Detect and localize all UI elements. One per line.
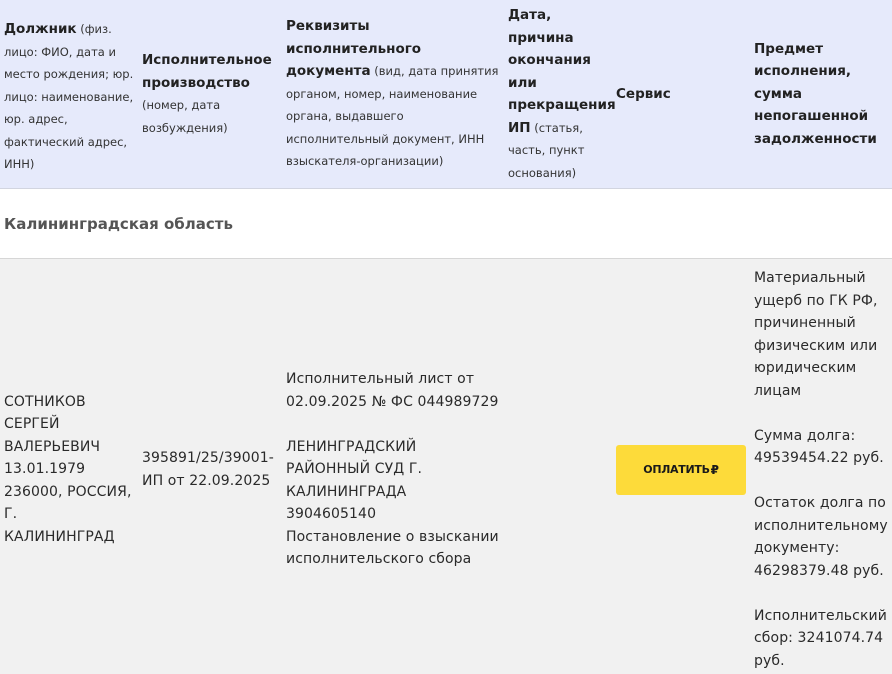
- debtor-cell: СОТНИКОВ СЕРГЕЙ ВАЛЕРЬЕВИЧ 13.01.1979 23…: [0, 259, 138, 674]
- debt-sum-label: Сумма долга:: [754, 425, 888, 448]
- proceeding-date: ИП от 22.09.2025: [142, 470, 278, 493]
- debtor-address-line1: 236000, РОССИЯ,: [4, 481, 134, 504]
- header-subject-title: Предмет исполнения, сумма непогашенной з…: [754, 41, 877, 147]
- header-debtor: Должник (физ. лицо: ФИО, дата и место ро…: [0, 0, 138, 189]
- header-end-reason-title: Дата, причина окончания или прекращения …: [508, 7, 616, 136]
- fee-currency: руб.: [754, 650, 888, 673]
- fee-value: сбор: 3241074.74: [754, 627, 888, 650]
- subject-description-line: юридическим: [754, 357, 888, 380]
- header-debtor-note: (физ. лицо: ФИО, дата и место рождения; …: [4, 22, 133, 171]
- header-proceeding-title: Исполнительное производство: [142, 52, 272, 91]
- document-issuer-line1: ЛЕНИНГРАДСКИЙ: [286, 436, 500, 459]
- header-document-note: (вид, дата принятия органом, номер, наим…: [286, 64, 498, 168]
- document-issuer-line3: КАЛИНИНГРАДА: [286, 481, 500, 504]
- document-issuer-line2: РАЙОННЫЙ СУД Г.: [286, 458, 500, 481]
- subject-description-line: Материальный: [754, 267, 888, 290]
- debtor-address-line2: Г.: [4, 503, 134, 526]
- proceeding-cell: 395891/25/39001- ИП от 22.09.2025: [138, 259, 282, 674]
- header-proceeding-note: (номер, дата возбуждения): [142, 98, 228, 135]
- debtor-birthdate: 13.01.1979: [4, 458, 134, 481]
- subject-cell: Материальный ущерб по ГК РФ, причиненный…: [750, 259, 892, 674]
- header-service: Сервис: [612, 0, 750, 189]
- document-cell: Исполнительный лист от 02.09.2025 № ФС 0…: [282, 259, 504, 674]
- document-number: 02.09.2025 № ФС 044989729: [286, 391, 500, 414]
- service-cell: ОПЛАТИТЬ₽: [612, 259, 750, 674]
- subject-description-line: ущерб по ГК РФ,: [754, 290, 888, 313]
- table-row: СОТНИКОВ СЕРГЕЙ ВАЛЕРЬЕВИЧ 13.01.1979 23…: [0, 259, 892, 674]
- debtor-address-line3: КАЛИНИНГРАД: [4, 526, 134, 549]
- header-proceeding: Исполнительное производство (номер, дата…: [138, 0, 282, 189]
- remaining-debt-value: 46298379.48 руб.: [754, 560, 888, 583]
- pay-button[interactable]: ОПЛАТИТЬ₽: [616, 445, 746, 495]
- document-resolution-line1: Постановление о взыскании: [286, 526, 500, 549]
- subject-description-line: причиненный: [754, 312, 888, 335]
- document-resolution-line2: исполнительского сбора: [286, 548, 500, 571]
- debtor-patronymic: ВАЛЕРЬЕВИЧ: [4, 436, 134, 459]
- header-service-title: Сервис: [616, 86, 671, 102]
- end-reason-cell: [504, 259, 612, 674]
- header-end-reason: Дата, причина окончания или прекращения …: [504, 0, 612, 189]
- subject-description-line: лицам: [754, 380, 888, 403]
- remaining-debt-label: документу:: [754, 537, 888, 560]
- fee-label: Исполнительский: [754, 605, 888, 628]
- debtor-name: СЕРГЕЙ: [4, 413, 134, 436]
- debt-sum-value: 49539454.22 руб.: [754, 447, 888, 470]
- table-header-row: Должник (физ. лицо: ФИО, дата и место ро…: [0, 0, 892, 189]
- debtors-table: Должник (физ. лицо: ФИО, дата и место ро…: [0, 0, 892, 674]
- region-row: Калининградская область: [0, 189, 892, 259]
- remaining-debt-label: Остаток долга по: [754, 492, 888, 515]
- header-debtor-title: Должник: [4, 21, 77, 37]
- debtor-surname: СОТНИКОВ: [4, 391, 134, 414]
- document-issuer-inn: 3904605140: [286, 503, 500, 526]
- pay-button-label: ОПЛАТИТЬ: [643, 463, 709, 476]
- remaining-debt-label: исполнительному: [754, 515, 888, 538]
- ruble-icon: ₽: [711, 463, 719, 477]
- subject-description-line: физическим или: [754, 335, 888, 358]
- proceeding-number: 395891/25/39001-: [142, 447, 278, 470]
- document-type: Исполнительный лист от: [286, 368, 500, 391]
- region-title: Калининградская область: [0, 189, 892, 259]
- header-subject: Предмет исполнения, сумма непогашенной з…: [750, 0, 892, 189]
- header-document: Реквизиты исполнительного документа (вид…: [282, 0, 504, 189]
